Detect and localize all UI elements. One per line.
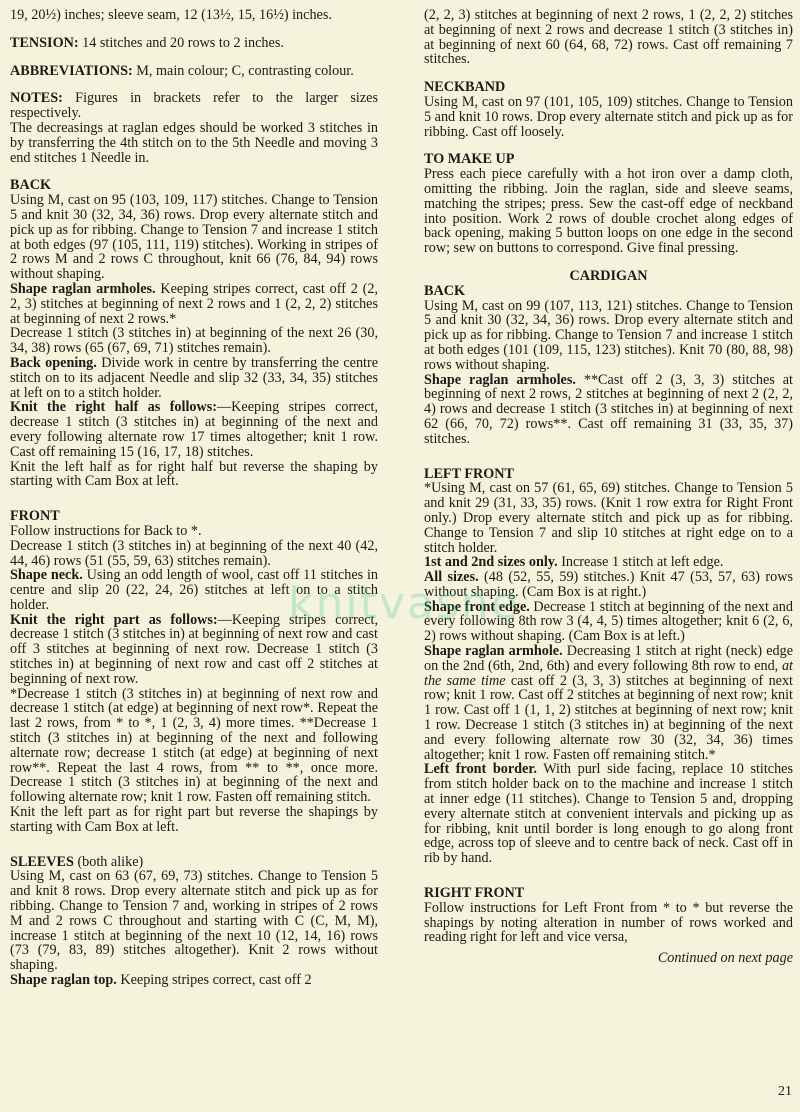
left-front-heading: LEFT FRONT bbox=[424, 467, 793, 482]
right-column: (2, 2, 3) stitches at beginning of next … bbox=[424, 0, 793, 966]
notes-raglan-paragraph: The decreasings at raglan edges should b… bbox=[10, 121, 378, 165]
right-front-paragraph: Follow instructions for Left Front from … bbox=[424, 901, 793, 945]
left-front-allsizes-paragraph: All sizes. (48 (52, 55, 59) stitches.) K… bbox=[424, 570, 793, 600]
neckband-heading: NECKBAND bbox=[424, 80, 793, 95]
left-front-paragraph-1: *Using M, cast on 57 (61, 65, 69) stitch… bbox=[424, 481, 793, 555]
make-up-heading: TO MAKE UP bbox=[424, 152, 793, 167]
left-front-border-paragraph: Left front border. With purl side facing… bbox=[424, 762, 793, 866]
left-column: 19, 20½) inches; sleeve seam, 12 (13½, 1… bbox=[10, 0, 378, 988]
sleeves-paragraph-1: Using M, cast on 63 (67, 69, 73) stitche… bbox=[10, 869, 378, 973]
right-front-heading: RIGHT FRONT bbox=[424, 886, 793, 901]
back-opening-paragraph: Back opening. Divide work in centre by t… bbox=[10, 356, 378, 400]
continued-note: Continued on next page bbox=[424, 951, 793, 966]
cardigan-back-raglan-paragraph: Shape raglan armholes. **Cast off 2 (3, … bbox=[424, 373, 793, 447]
left-front-sizes12-paragraph: 1st and 2nd sizes only. Increase 1 stitc… bbox=[424, 555, 793, 570]
back-paragraph-1: Using M, cast on 95 (103, 109, 117) stit… bbox=[10, 193, 378, 282]
back-paragraph-2: Decrease 1 stitch (3 stitches in) at beg… bbox=[10, 326, 378, 356]
back-paragraph-3: Knit the left half as for right half but… bbox=[10, 460, 378, 490]
abbreviations-label: ABBREVIATIONS: bbox=[10, 63, 133, 79]
front-paragraph-2: Decrease 1 stitch (3 stitches in) at beg… bbox=[10, 539, 378, 569]
tension-paragraph: TENSION: 14 stitches and 20 rows to 2 in… bbox=[10, 36, 378, 51]
notes-paragraph: NOTES: Figures in brackets refer to the … bbox=[10, 91, 378, 121]
left-front-raglan-paragraph: Shape raglan armhole. Decreasing 1 stitc… bbox=[424, 644, 793, 762]
pattern-page: 19, 20½) inches; sleeve seam, 12 (13½, 1… bbox=[0, 0, 800, 1112]
front-paragraph-3: *Decrease 1 stitch (3 stitches in) at be… bbox=[10, 687, 378, 805]
cardigan-back-paragraph: Using M, cast on 99 (107, 113, 121) stit… bbox=[424, 299, 793, 373]
left-front-edge-paragraph: Shape front edge. Decrease 1 stitch at b… bbox=[424, 600, 793, 644]
page-number: 21 bbox=[778, 1084, 792, 1100]
front-heading: FRONT bbox=[10, 509, 378, 524]
front-paragraph-4: Knit the left part as for right part but… bbox=[10, 805, 378, 835]
tension-label: TENSION: bbox=[10, 35, 79, 51]
back-right-half-paragraph: Knit the right half as follows:—Keeping … bbox=[10, 400, 378, 459]
front-right-part-paragraph: Knit the right part as follows:—Keeping … bbox=[10, 613, 378, 687]
abbreviations-paragraph: ABBREVIATIONS: M, main colour; C, contra… bbox=[10, 64, 378, 79]
back-raglan-paragraph: Shape raglan armholes. Keeping stripes c… bbox=[10, 282, 378, 326]
sleeves-heading: SLEEVES bbox=[10, 854, 74, 870]
measurements-line: 19, 20½) inches; sleeve seam, 12 (13½, 1… bbox=[10, 8, 378, 23]
front-paragraph-1: Follow instructions for Back to *. bbox=[10, 524, 378, 539]
neckband-paragraph: Using M, cast on 97 (101, 105, 109) stit… bbox=[424, 95, 793, 139]
cardigan-back-heading: BACK bbox=[424, 284, 793, 299]
cardigan-title: CARDIGAN bbox=[424, 269, 793, 284]
front-neck-paragraph: Shape neck. Using an odd length of wool,… bbox=[10, 568, 378, 612]
sleeves-heading-line: SLEEVES (both alike) bbox=[10, 855, 378, 870]
notes-label: NOTES: bbox=[10, 90, 63, 106]
make-up-paragraph: Press each piece carefully with a hot ir… bbox=[424, 167, 793, 256]
sleeves-continued-paragraph: (2, 2, 3) stitches at beginning of next … bbox=[424, 8, 793, 67]
sleeves-raglan-paragraph: Shape raglan top. Keeping stripes correc… bbox=[10, 973, 378, 988]
back-heading: BACK bbox=[10, 178, 378, 193]
